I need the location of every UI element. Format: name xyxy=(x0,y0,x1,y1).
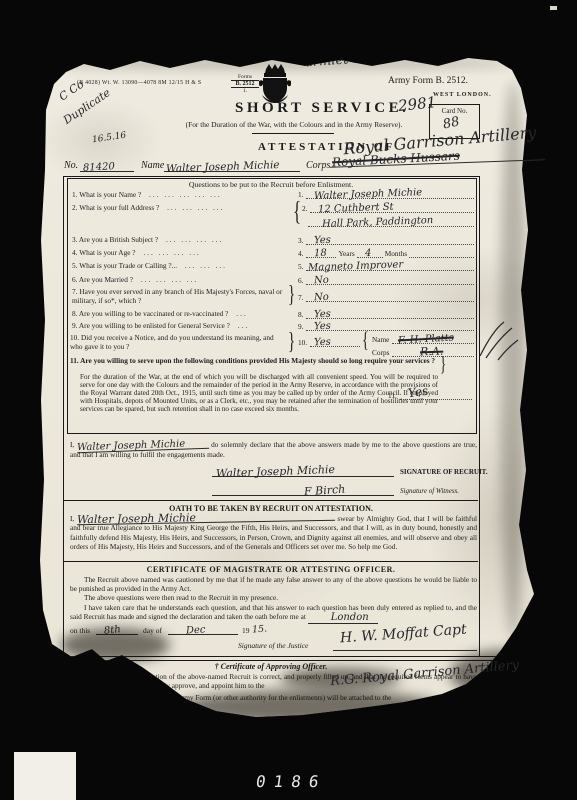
question-10-brace: } xyxy=(288,330,295,357)
question-4-label: 4. What is your Age ? ... ... ... ... xyxy=(72,249,201,258)
separator-oath xyxy=(63,561,478,562)
name-label: Name xyxy=(141,160,164,171)
question-7-label: 7. Have you ever served in any branch of… xyxy=(72,288,286,305)
char-blob-left xyxy=(60,628,170,662)
separator-certificate-2 xyxy=(56,660,514,661)
name-value-handwritten: Walter Joseph Michie xyxy=(166,159,280,175)
question-7-brace: } xyxy=(288,283,295,310)
forms-ref-box: Forms B. 2512 1. xyxy=(231,74,259,94)
no-label: No. xyxy=(64,160,78,171)
declaration-paragraph: I, Walter Joseph Michie do solemnly decl… xyxy=(70,440,477,460)
question-11-intro: 11. Are you willing to serve upon the fo… xyxy=(70,357,442,366)
army-form-number: Army Form B. 2512. xyxy=(388,76,468,86)
scan-frame-number: 0186 xyxy=(255,772,328,791)
document-subtitle: (For the Duration of the War, with the C… xyxy=(168,120,420,129)
answer-9-value: Yes xyxy=(314,321,331,333)
justice-signature-label: Signature of the Justice xyxy=(238,641,308,650)
scan-corner-card xyxy=(14,752,76,800)
answer-1: 1. Walter Joseph Michie xyxy=(298,185,474,199)
answer-6: 6. No xyxy=(298,271,474,285)
paper: (B 4028) Wt. W. 13090—4078 8M 12/15 H & … xyxy=(0,0,577,800)
answer-10-inner-brace: { xyxy=(362,329,369,355)
answer-4: 4. 18 Years 4 Months xyxy=(298,244,474,258)
forms-ref-line2: B. 2512 xyxy=(231,80,259,88)
question-10-label: 10. Did you receive a Notice, and do you… xyxy=(70,334,286,351)
royal-crest-icon xyxy=(258,63,292,103)
certificate-year-written: 15. xyxy=(252,623,268,635)
no-value-handwritten: 81420 xyxy=(83,161,115,174)
answer-11: 11. Yes xyxy=(388,386,472,400)
corps-label: Corps xyxy=(306,160,330,171)
question-11-body: For the duration of the War, at the end … xyxy=(80,374,438,414)
scan-speck xyxy=(550,6,557,10)
certificate-place-handwritten: London xyxy=(308,613,378,623)
answer-10-corps-label: Corps xyxy=(372,348,389,357)
certificate-heading: CERTIFICATE OF MAGISTRATE OR ATTESTING O… xyxy=(63,565,479,574)
question-3-label: 3. Are you a British Subject ? ... ... .… xyxy=(72,236,223,245)
question-6-label: 6. Are you Married ? ... ... ... ... xyxy=(72,276,198,285)
answer-7-value: No xyxy=(314,292,329,304)
certificate-para1: The Recruit above named was cautioned by… xyxy=(70,575,477,594)
question-1-label: 1. What is your Name ? ... ... ... ... .… xyxy=(72,191,222,200)
answer-10-corps-row: Corps R.A. xyxy=(372,343,474,357)
declaration-pre: I, xyxy=(70,440,74,449)
certificate-year-printed: 19 xyxy=(242,626,250,635)
answer-10-value: Yes xyxy=(314,337,331,349)
name-underline: Walter Joseph Michie xyxy=(164,158,300,172)
answer-10-name-row: Name F. H. Platts xyxy=(372,330,474,344)
subtitle-rule xyxy=(252,133,334,134)
scanned-attestation-document: (B 4028) Wt. W. 13090—4078 8M 12/15 H & … xyxy=(0,0,577,800)
char-blob-center xyxy=(180,690,440,724)
answer-3: 3. Yes xyxy=(298,231,474,245)
recruit-signature-line: Walter Joseph Michie xyxy=(212,462,394,477)
card-number-label: Card No. xyxy=(430,107,479,115)
answer-7: 7. No xyxy=(298,288,474,302)
answer-2-line2: Hall Park, Paddington xyxy=(308,213,474,227)
oath-paragraph: I, Walter Joseph Michie swear by Almight… xyxy=(70,513,477,552)
answer-6-value: No xyxy=(314,275,329,287)
separator-declaration xyxy=(63,500,478,501)
corner-date-note: 16.5.16 xyxy=(91,131,126,146)
char-fringe-top xyxy=(40,58,520,68)
oath-pre: I, xyxy=(70,514,74,523)
answer-10: 10. Yes xyxy=(298,333,360,347)
answer-2-brace: { xyxy=(293,196,301,228)
printer-imprint: (B 4028) Wt. W. 13090—4078 8M 12/15 H & … xyxy=(77,80,201,86)
no-underline: 81420 xyxy=(80,158,134,172)
answer-2-line1: 2. 12 Cuthbert St xyxy=(302,199,474,213)
answer-11-value: Yes xyxy=(407,384,429,401)
answer-5: 5. Magneto Improver xyxy=(298,257,474,271)
recruit-signature-label: SIGNATURE OF RECRUIT. xyxy=(400,468,488,476)
question-8-label: 8. Are you willing to be vaccinated or r… xyxy=(72,310,248,319)
question-2-label: 2. What is your full Address ? ... ... .… xyxy=(72,204,224,213)
witness-signature-line: F Birch xyxy=(212,481,394,496)
question-9-label: 9. Are you willing to be enlisted for Ge… xyxy=(72,322,249,331)
document-title: SHORT SERVICE. xyxy=(235,100,409,117)
witness-signature-label: Signature of Witness. xyxy=(400,487,459,495)
corner-note-1: C Co xyxy=(57,78,87,104)
certificate-para3: I have taken care that he understands ea… xyxy=(70,603,477,623)
district-stamp: WEST LONDON. xyxy=(433,92,492,98)
certificate-month: Dec xyxy=(186,624,206,636)
question-5-label: 5. What is your Trade or Calling ?... ..… xyxy=(72,262,227,271)
certificate-month-line: Dec xyxy=(168,622,238,635)
answer-10-corps-value: R.A. xyxy=(420,345,444,359)
forms-ref-line3: 1. xyxy=(231,88,259,94)
answer-9: 9. Yes xyxy=(298,317,474,331)
margin-ink-flourish xyxy=(478,318,520,362)
certificate-para2: The above questions were then read to th… xyxy=(70,593,477,602)
